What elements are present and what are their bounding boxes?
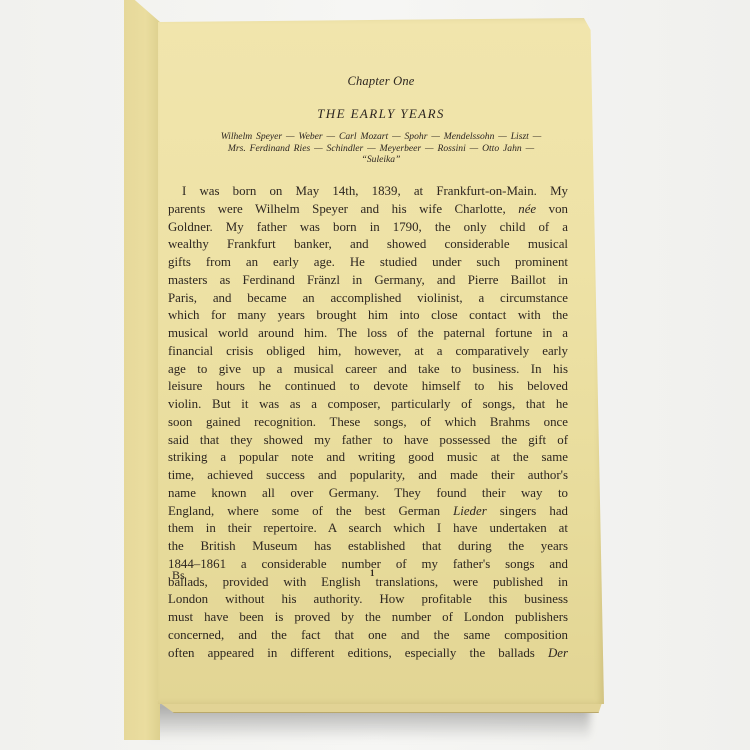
text-line: England, where some of the best German L… [168,503,568,521]
book-page: Chapter One THE EARLY YEARS Wilhelm Spey… [158,18,604,704]
text-line: time, achieved success and popularity, a… [168,467,568,485]
page-number: 1 [370,568,375,578]
text-line: Goldner. My father was born in 1790, the… [168,219,568,237]
chapter-label: Chapter One [158,74,604,89]
text-line: wealthy Frankfurt banker, and showed con… [168,236,568,254]
summary-line: Mrs. Ferdinand Ries — Schindler — Meyerb… [158,143,604,155]
text-line: soon gained recognition. These songs, of… [168,414,568,432]
text-line: age to give up a musical career and take… [168,361,568,379]
text-line: said that they showed my father to have … [168,432,568,450]
text-line: striking a popular note and writing good… [168,449,568,467]
text-line: 1844–1861 a considerable number of my fa… [168,556,568,574]
body-paragraph: I was born on May 14th, 1839, at Frankfu… [168,183,568,662]
text-line: musical world around him. The loss of th… [168,325,568,343]
text-line: parents were Wilhelm Speyer and his wife… [168,201,568,219]
text-line: often appeared in different editions, es… [168,645,568,663]
text-line: masters as Ferdinand Fränzl in Germany, … [168,272,568,290]
text-line: name known all over Germany. They found … [168,485,568,503]
left-page-edge [124,0,160,740]
text-line: leisure hours he continued to devote him… [168,378,568,396]
text-line: which for many years brought him into cl… [168,307,568,325]
text-line: London without his authority. How profit… [168,591,568,609]
signature-mark: Bs [172,568,185,583]
photo-scene: Chapter One THE EARLY YEARS Wilhelm Spey… [0,0,750,750]
text-line: violin. But it was as a composer, partic… [168,396,568,414]
text-line: must have been is proved by the number o… [168,609,568,627]
text-line: gifts from an early age. He studied unde… [168,254,568,272]
text-line: them in their repertoire. A search which… [168,520,568,538]
chapter-title: THE EARLY YEARS [158,106,604,122]
text-line: concerned, and the fact that one and the… [168,627,568,645]
summary-line: “Suleika” [158,154,604,166]
chapter-summary: Wilhelm Speyer — Weber — Carl Mozart — S… [158,131,604,166]
text-line: Paris, and became an accomplished violin… [168,290,568,308]
page-content: Chapter One THE EARLY YEARS Wilhelm Spey… [158,18,604,704]
text-line: financial crisis obliged him, however, a… [168,343,568,361]
text-line: ballads, provided with English translati… [168,574,568,592]
text-line: the British Museum has established that … [168,538,568,556]
summary-line: Wilhelm Speyer — Weber — Carl Mozart — S… [158,131,604,143]
text-line: I was born on May 14th, 1839, at Frankfu… [168,183,568,201]
